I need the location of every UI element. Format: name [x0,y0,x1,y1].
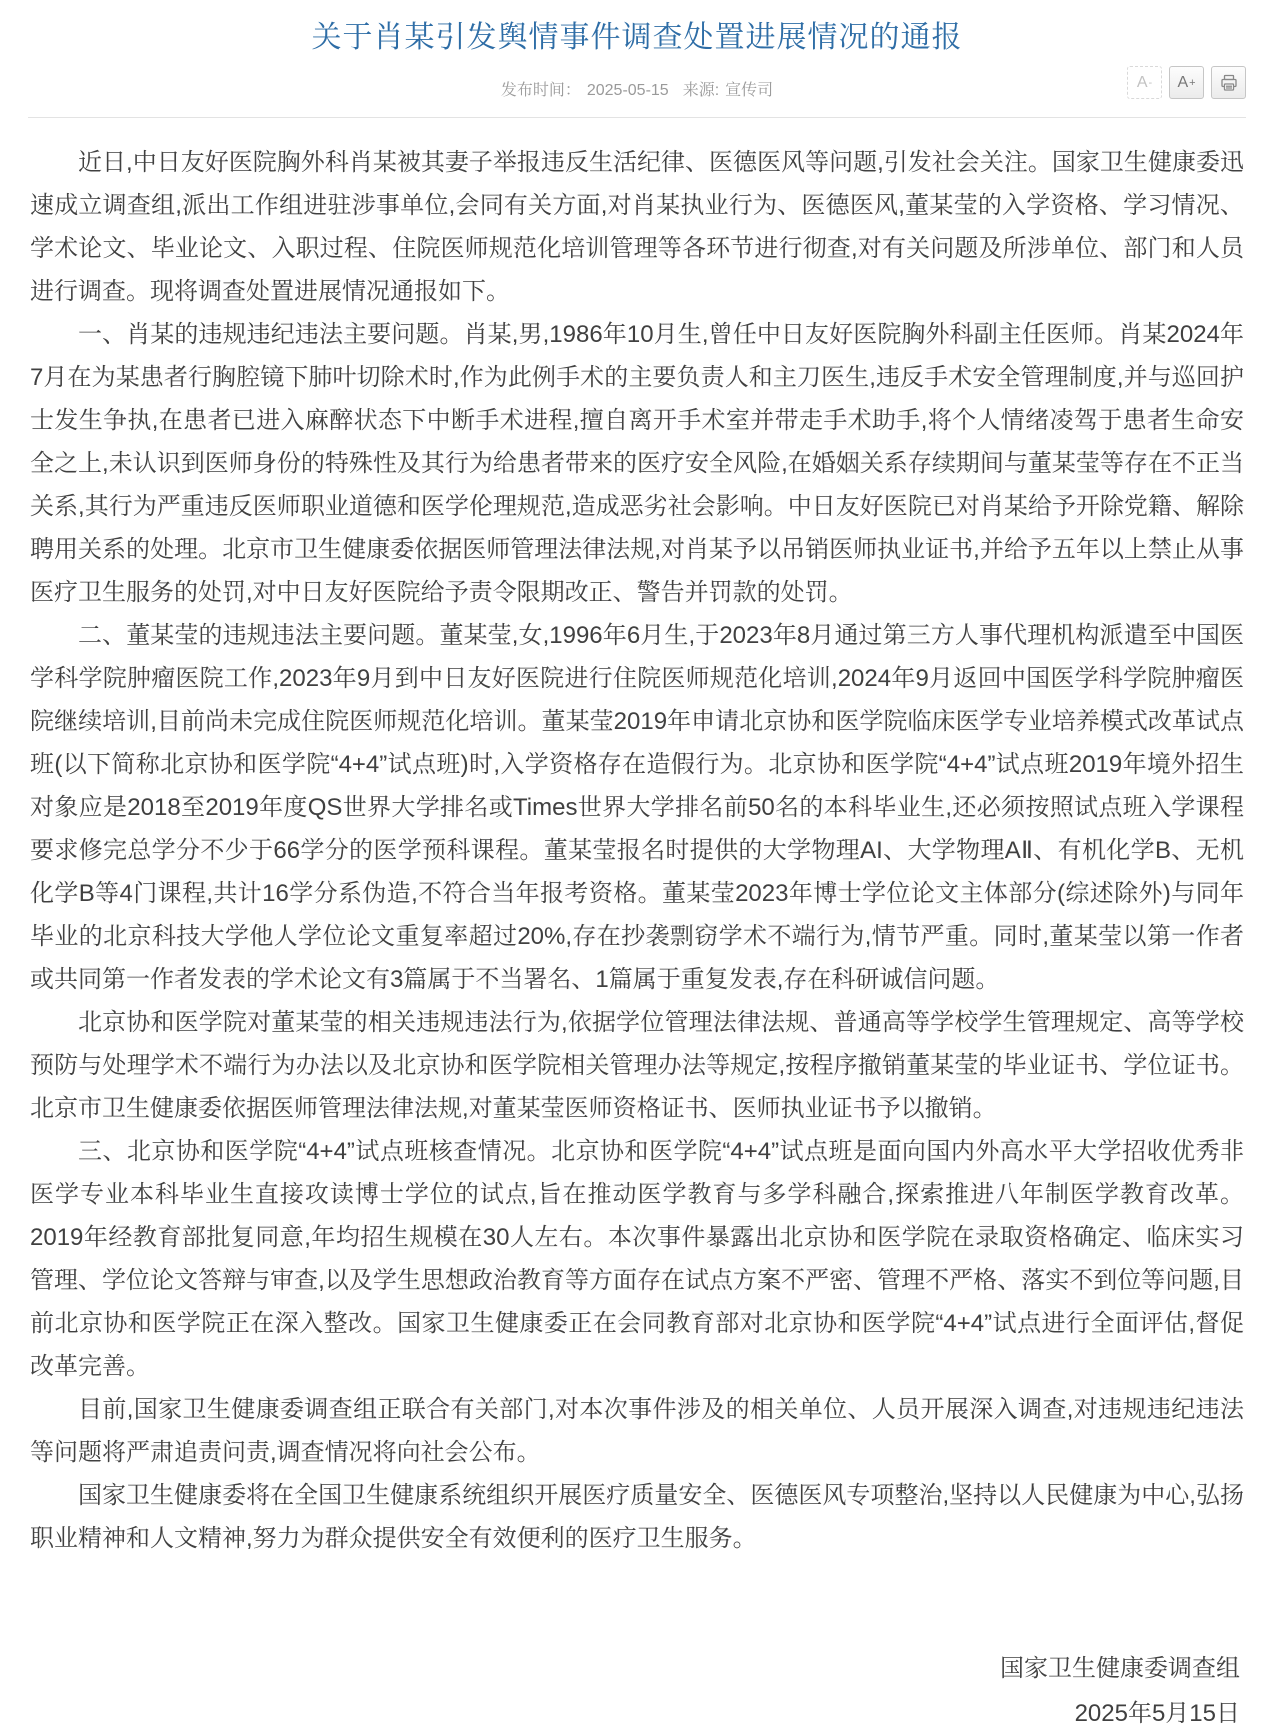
signature-date: 2025年5月15日 [0,1691,1240,1736]
page-title: 关于肖某引发舆情事件调查处置进展情况的通报 [0,20,1274,56]
font-increase-label: A [1177,74,1188,92]
signature-org: 国家卫生健康委调查组 [0,1646,1240,1691]
publish-date: 2025-05-15 [587,82,669,99]
font-increase-button[interactable]: A+ [1169,66,1204,99]
paragraph-closing: 国家卫生健康委将在全国卫生健康系统组织开展医疗质量安全、医德医风专项整治,坚持以… [30,1474,1244,1560]
signature-block: 国家卫生健康委调查组 2025年5月15日 [0,1646,1274,1736]
print-button[interactable] [1211,66,1246,99]
font-decrease-label: A [1137,74,1148,92]
paragraph-section-3: 三、北京协和医学院“4+4”试点班核查情况。北京协和医学院“4+4”试点班是面向… [30,1130,1244,1388]
source-value: 宣传司 [725,82,773,99]
article-header: 关于肖某引发舆情事件调查处置进展情况的通报 发布时间：2025-05-15来源:… [0,0,1274,118]
paragraph-section-2: 二、董某莹的违规违法主要问题。董某莹,女,1996年6月生,于2023年8月通过… [30,614,1244,1001]
article-body: 近日,中日友好医院胸外科肖某被其妻子举报违反生活纪律、医德医风等问题,引发社会关… [0,118,1274,1560]
paragraph-current-status: 目前,国家卫生健康委调查组正联合有关部门,对本次事件涉及的相关单位、人员开展深入… [30,1388,1244,1474]
minus-sign: - [1149,78,1153,88]
font-decrease-button[interactable]: A- [1127,66,1162,99]
source-label: 来源: [683,82,719,99]
article-page: 关于肖某引发舆情事件调查处置进展情况的通报 发布时间：2025-05-15来源:… [0,0,1274,1736]
publish-time-label: 发布时间： [501,82,581,99]
article-meta: 发布时间：2025-05-15来源:宣传司 [0,81,1274,101]
plus-sign: + [1189,78,1195,88]
printer-icon [1220,74,1238,92]
paragraph-section-1: 一、肖某的违规违纪违法主要问题。肖某,男,1986年10月生,曾任中日友好医院胸… [30,313,1244,614]
paragraph-intro: 近日,中日友好医院胸外科肖某被其妻子举报违反生活纪律、医德医风等问题,引发社会关… [30,141,1244,313]
header-divider [28,117,1246,118]
paragraph-section-2b: 北京协和医学院对董某莹的相关违规违法行为,依据学位管理法律法规、普通高等学校学生… [30,1001,1244,1130]
font-print-toolbar: A- A+ [1127,66,1246,99]
